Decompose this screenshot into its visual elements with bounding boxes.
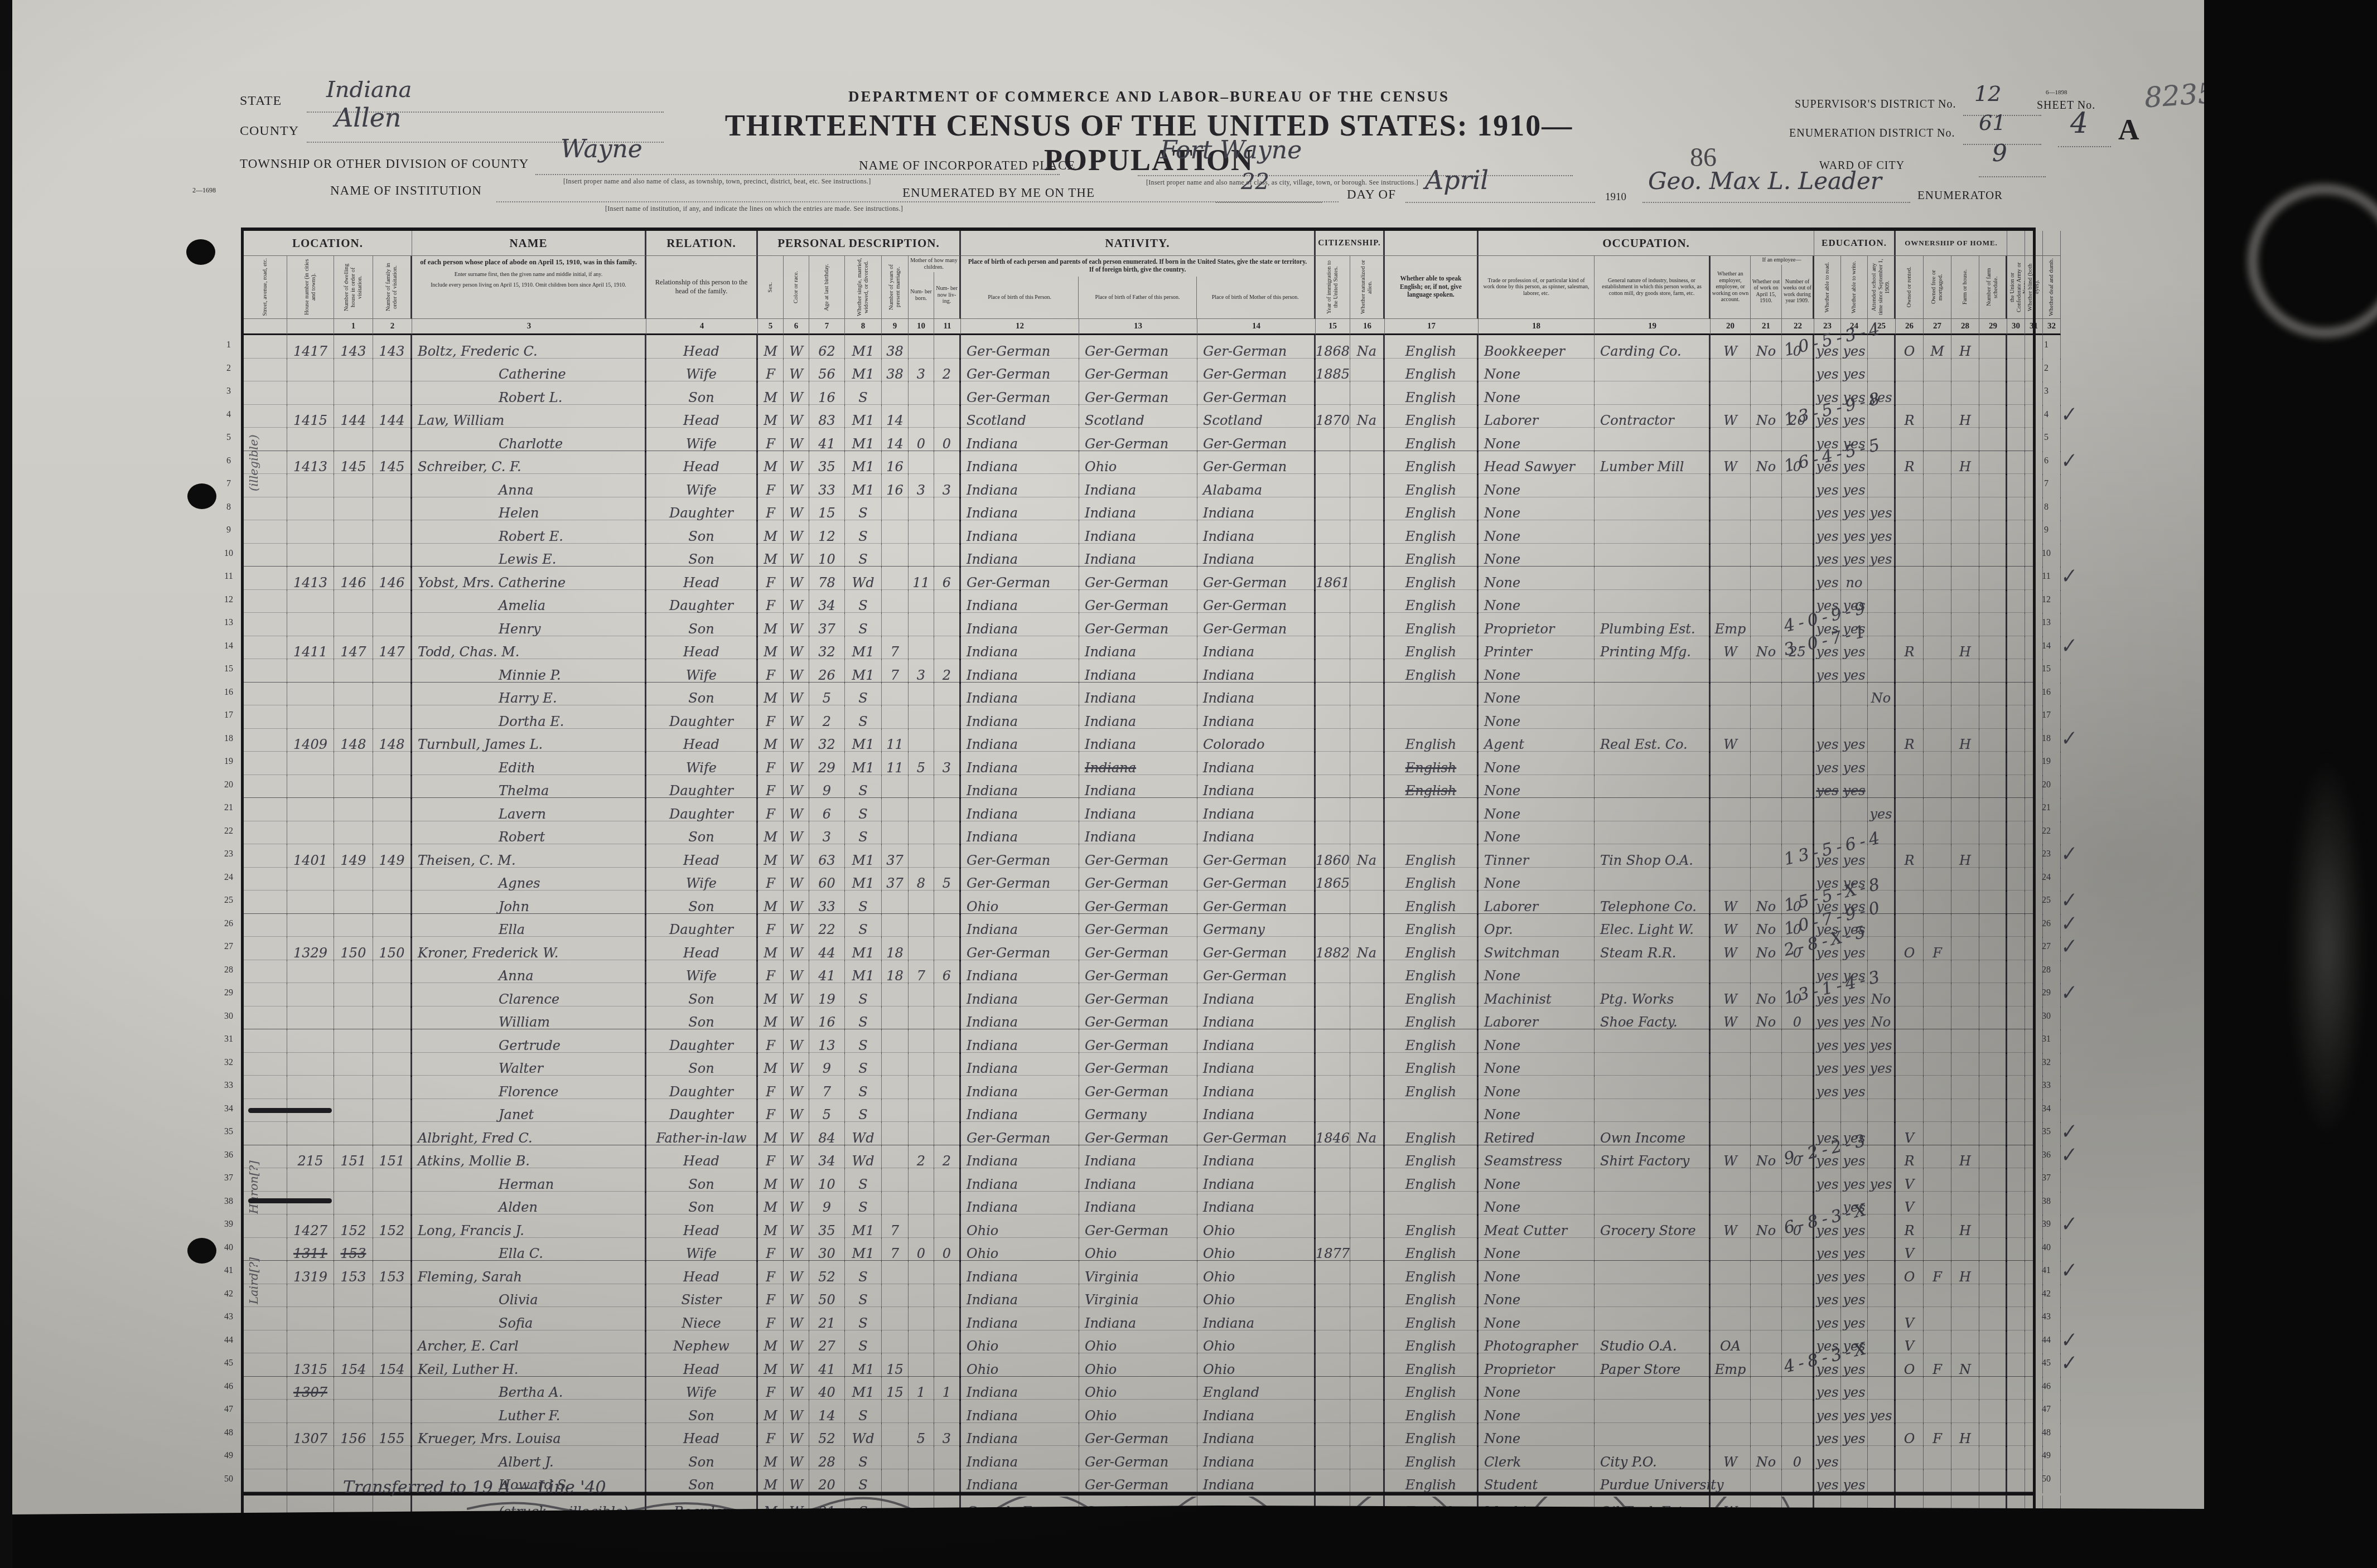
cell-industry <box>1595 659 1711 684</box>
cell-children-born <box>909 1284 934 1309</box>
line-number-left: 44 <box>219 1335 239 1346</box>
cell-occupation: None <box>1479 474 1595 499</box>
cell-dwelling-number <box>334 659 373 684</box>
cell-naturalized <box>1350 1076 1385 1100</box>
line-number-left: 46 <box>219 1382 239 1392</box>
cell-sex: M <box>758 1214 784 1239</box>
cell-age: 63 <box>809 844 845 869</box>
cell-children-born <box>909 1168 934 1193</box>
cell-civil-war-veteran <box>2007 544 2025 568</box>
table-row: 1311153Ella C.WifeFW30M1700OhioOhioOhio1… <box>244 1238 2033 1261</box>
cell-occupation: None <box>1479 775 1595 800</box>
cell-street <box>244 752 287 776</box>
cell-speaks-english: English <box>1385 1307 1479 1332</box>
cell-years-married <box>882 1400 909 1424</box>
margin-check-mark: ✓ <box>2058 633 2078 658</box>
cell-street <box>244 613 287 637</box>
cell-industry <box>1595 567 1711 591</box>
ward-label: WARD OF CITY <box>1819 159 1905 172</box>
cell-birthplace: Indiana <box>961 590 1079 614</box>
cell-family-number <box>373 1307 412 1332</box>
cell-dwelling-number <box>334 359 373 383</box>
cell-house-number <box>287 1122 334 1146</box>
cell-relation: Head <box>646 844 758 869</box>
cell-house-number <box>287 359 334 383</box>
write-column-label: Whether able to write. <box>1851 259 1858 315</box>
cell-age: 19 <box>809 983 845 1008</box>
cell-street <box>244 520 287 545</box>
cell-employer-class <box>1711 659 1751 684</box>
cell-name: Florence <box>412 1076 646 1100</box>
cell-age: 30 <box>809 1238 845 1262</box>
cell-street <box>244 1006 287 1031</box>
cell-marital-status: S <box>845 891 882 915</box>
table-row: 1417143143Boltz, Frederic C.HeadMW62M138… <box>244 335 2033 359</box>
cell-birthplace: Indiana <box>961 1168 1079 1193</box>
cell-family-number <box>373 359 412 383</box>
cell-marital-status: S <box>845 1192 882 1216</box>
line-number-left: 4 <box>219 410 239 420</box>
table-row: Luther F.SonMW14SIndianaOhioIndianaEngli… <box>244 1400 2033 1423</box>
cell-speaks-english: English <box>1385 1053 1479 1077</box>
cell-mother-birthplace: Ger-German <box>1197 844 1316 869</box>
cell-attended-school <box>1868 359 1896 383</box>
cell-children-born <box>909 1261 934 1285</box>
cell-children-living <box>934 705 961 730</box>
cell-immigration-year <box>1316 683 1350 707</box>
cell-owned-rented: R <box>1896 1145 1924 1170</box>
cell-relation: Son <box>646 520 758 545</box>
cell-family-number <box>373 683 412 707</box>
cell-street <box>244 729 287 753</box>
cell-attended-school <box>1868 567 1896 591</box>
cell-immigration-year <box>1316 752 1350 776</box>
institution-hint: [Insert name of institution, if any, and… <box>605 205 1219 213</box>
cell-sex: F <box>758 590 784 614</box>
cell-dwelling-number: 147 <box>334 636 373 661</box>
cell-farm-house: H <box>1951 1214 1979 1239</box>
cell-name: Archer, E. Carl <box>412 1330 646 1355</box>
cell-reads <box>1814 683 1841 707</box>
cell-age: 32 <box>809 729 845 753</box>
cell-dwelling-number <box>334 613 373 637</box>
table-row: Albright, Fred C.Father-in-lawMW84WdGer-… <box>244 1122 2033 1145</box>
cell-employer-class: W <box>1711 451 1751 476</box>
cell-mother-birthplace: Ger-German <box>1197 335 1316 360</box>
cell-dwelling-number <box>334 1330 373 1355</box>
cell-house-number: 1417 <box>287 335 334 360</box>
cell-farm-schedule <box>1979 1469 2007 1494</box>
cell-color-race: W <box>784 381 809 406</box>
sheet-value: 4 <box>2070 107 2088 139</box>
cell-owned-rented: O <box>1896 335 1924 360</box>
line-number-left: 5 <box>219 433 239 443</box>
cell-owned-rented: V <box>1896 1122 1924 1146</box>
cell-weeks-out-of-work <box>1782 359 1814 383</box>
cell-children-born <box>909 544 934 568</box>
cell-industry <box>1595 1238 1711 1262</box>
cell-free-mortgaged <box>1924 914 1951 938</box>
cell-free-mortgaged <box>1924 1330 1951 1355</box>
cell-weeks-out-of-work <box>1782 1469 1814 1494</box>
cell-speaks-english <box>1385 1099 1479 1124</box>
line-number-right: 27 <box>2036 942 2056 952</box>
cell-years-married <box>882 497 909 522</box>
cell-marital-status: M1 <box>845 428 882 452</box>
cell-birthplace: Ger-German <box>961 381 1079 406</box>
cell-name: Bertha A. <box>412 1377 646 1401</box>
scan-bottom-edge <box>12 1506 2204 1568</box>
cell-occupation: Seamstress <box>1479 1145 1595 1170</box>
cell-employer-class <box>1711 683 1751 707</box>
cell-farm-schedule <box>1979 1076 2007 1100</box>
sheet-rule <box>2058 146 2111 147</box>
cell-out-of-work <box>1751 659 1782 684</box>
cell-family-number <box>373 983 412 1008</box>
deaf-column-label: Whether deaf and dumb. <box>2048 257 2056 318</box>
cell-owned-rented <box>1896 983 1924 1008</box>
cell-relation: Sister <box>646 1284 758 1309</box>
cell-attended-school <box>1868 474 1896 499</box>
cell-farm-house <box>1951 775 1979 800</box>
children-born-label: Num- ber born. <box>909 272 934 318</box>
table-row: JanetDaughterFW5SIndianaGermanyIndianaNo… <box>244 1099 2033 1122</box>
cell-marital-status: S <box>845 381 882 406</box>
cell-industry: Plumbing Est. <box>1595 613 1711 637</box>
cell-industry <box>1595 752 1711 776</box>
column-number: 2 <box>373 319 412 335</box>
cell-industry: Lumber Mill <box>1595 451 1711 476</box>
cell-family-number: 153 <box>373 1261 412 1285</box>
cell-marital-status: Wd <box>845 567 882 591</box>
cell-sex: F <box>758 1307 784 1332</box>
cell-civil-war-veteran <box>2007 474 2025 499</box>
cell-writes: no <box>1841 567 1868 591</box>
cell-color-race: W <box>784 1307 809 1332</box>
cell-out-of-work: No <box>1751 1214 1782 1239</box>
cell-speaks-english: English <box>1385 1238 1479 1262</box>
cell-family-number <box>373 798 412 822</box>
line-number-left: 1 <box>219 340 239 350</box>
cell-attended-school <box>1868 1469 1896 1494</box>
cell-family-number <box>373 1076 412 1100</box>
cell-free-mortgaged <box>1924 1238 1951 1262</box>
cell-relation: Son <box>646 1469 758 1494</box>
cell-immigration-year <box>1316 1192 1350 1216</box>
cell-age: 21 <box>809 1307 845 1332</box>
cell-years-married <box>882 1168 909 1193</box>
cell-reads: yes <box>1814 1446 1841 1470</box>
family-column-label: Number of family in order of visitation. <box>385 256 399 318</box>
cell-relation: Head <box>646 405 758 429</box>
cell-relation: Son <box>646 983 758 1008</box>
table-row: AldenSonMW9SIndianaIndianaIndianaNoneyes… <box>244 1192 2033 1215</box>
cell-family-number <box>373 474 412 499</box>
cell-speaks-english: English <box>1385 983 1479 1008</box>
cell-father-birthplace: Ger-German <box>1079 914 1197 938</box>
cell-writes <box>1841 1446 1868 1470</box>
cell-farm-schedule <box>1979 960 2007 985</box>
cell-mother-birthplace: Indiana <box>1197 752 1316 776</box>
cell-naturalized <box>1350 1238 1385 1262</box>
cell-color-race: W <box>784 1099 809 1124</box>
column-number: 1 <box>334 319 373 335</box>
cell-free-mortgaged <box>1924 428 1951 452</box>
cell-years-married: 7 <box>882 636 909 661</box>
cell-writes: yes <box>1841 1307 1868 1332</box>
cell-father-birthplace: Ohio <box>1079 451 1197 476</box>
cell-children-living <box>934 729 961 753</box>
cell-farm-schedule <box>1979 520 2007 545</box>
cell-industry: Studio O.A. <box>1595 1330 1711 1355</box>
line-number-right: 38 <box>2036 1197 2056 1207</box>
cell-sex: M <box>758 891 784 915</box>
county-label: COUNTY <box>240 124 299 139</box>
cell-relation: Daughter <box>646 1029 758 1054</box>
cell-house-number <box>287 683 334 707</box>
line-number-left: 32 <box>219 1058 239 1068</box>
cell-age: 10 <box>809 544 845 568</box>
cell-naturalized <box>1350 1006 1385 1031</box>
cell-civil-war-veteran <box>2007 1145 2025 1170</box>
cell-out-of-work <box>1751 1076 1782 1100</box>
cell-relation: Head <box>646 937 758 961</box>
cell-occupation: None <box>1479 567 1595 591</box>
line-number-left: 10 <box>219 549 239 559</box>
cell-children-living <box>934 1122 961 1146</box>
cell-children-born: 11 <box>909 567 934 591</box>
ink-dash-artifact <box>248 1108 332 1113</box>
cell-farm-schedule <box>1979 1053 2007 1077</box>
cell-relation: Head <box>646 1261 758 1285</box>
line-number-right: 12 <box>2036 595 2056 605</box>
schedule-column-label: Number of farm schedule. <box>1985 256 2000 318</box>
cell-name: Law, William <box>412 405 646 429</box>
cell-color-race: W <box>784 1122 809 1146</box>
margin-check-mark: ✓ <box>2058 1120 2078 1144</box>
cell-naturalized <box>1350 891 1385 915</box>
cell-speaks-english: English <box>1385 1400 1479 1424</box>
cell-street <box>244 335 287 360</box>
cell-name: Dortha E. <box>412 705 646 730</box>
cell-farm-house: H <box>1951 636 1979 661</box>
cell-name: Long, Francis J. <box>412 1214 646 1239</box>
cell-family-number: 147 <box>373 636 412 661</box>
cell-children-born <box>909 1307 934 1332</box>
table-row: ClarenceSonMW19SIndianaGer-GermanIndiana… <box>244 983 2033 1006</box>
cell-house-number <box>287 868 334 892</box>
cell-color-race: W <box>784 1353 809 1378</box>
cell-dwelling-number <box>334 798 373 822</box>
cell-children-living <box>934 613 961 637</box>
cell-out-of-work <box>1751 1099 1782 1124</box>
cell-children-living <box>934 405 961 429</box>
cell-dwelling-number <box>334 1284 373 1309</box>
cell-speaks-english: English <box>1385 544 1479 568</box>
cell-immigration-year: 1846 <box>1316 1122 1350 1146</box>
line-number-left: 22 <box>219 826 239 836</box>
cell-farm-house <box>1951 1469 1979 1494</box>
cell-farm-schedule <box>1979 567 2007 591</box>
cell-sex: M <box>758 821 784 846</box>
cell-farm-house: H <box>1951 1423 1979 1448</box>
cell-naturalized <box>1350 1469 1385 1494</box>
cell-children-living: 3 <box>934 752 961 776</box>
cell-relation: Wife <box>646 659 758 684</box>
cell-free-mortgaged <box>1924 983 1951 1008</box>
cell-relation: Nephew <box>646 1330 758 1355</box>
cell-name: Clarence <box>412 983 646 1008</box>
cell-mother-birthplace: Ger-German <box>1197 567 1316 591</box>
cell-out-of-work <box>1751 520 1782 545</box>
cell-mother-birthplace: Indiana <box>1197 1029 1316 1054</box>
cell-naturalized <box>1350 520 1385 545</box>
cell-children-living <box>934 1006 961 1031</box>
cell-marital-status: S <box>845 1446 882 1470</box>
cell-relation: Niece <box>646 1307 758 1332</box>
cell-birthplace: Indiana <box>961 1053 1079 1077</box>
cell-speaks-english: English <box>1385 659 1479 684</box>
township-value: Wayne <box>561 135 642 163</box>
cell-age: 37 <box>809 613 845 637</box>
cell-speaks-english: English <box>1385 381 1479 406</box>
cell-attended-school: yes <box>1868 1400 1896 1424</box>
cell-mother-birthplace: Ohio <box>1197 1330 1316 1355</box>
line-number-right: 8 <box>2036 502 2056 512</box>
cell-industry <box>1595 705 1711 730</box>
cell-house-number <box>287 1469 334 1494</box>
cell-relation: Daughter <box>646 1076 758 1100</box>
table-row: RobertSonMW3SIndianaIndianaIndianaNone22… <box>244 821 2033 845</box>
table-row: 1315154154Keil, Luther H.HeadMW41M115Ohi… <box>244 1353 2033 1377</box>
cell-color-race: W <box>784 891 809 915</box>
cell-speaks-english: English <box>1385 474 1479 499</box>
cell-marital-status: S <box>845 1261 882 1285</box>
cell-employer-class: W <box>1711 891 1751 915</box>
cell-civil-war-veteran <box>2007 683 2025 707</box>
cell-weeks-out-of-work <box>1782 1307 1814 1332</box>
cell-sex: F <box>758 868 784 892</box>
cell-out-of-work <box>1751 1330 1782 1355</box>
cell-free-mortgaged <box>1924 636 1951 661</box>
cell-reads: yes <box>1814 752 1841 776</box>
cell-age: 33 <box>809 891 845 915</box>
cell-occupation: None <box>1479 520 1595 545</box>
cell-farm-schedule <box>1979 1122 2007 1146</box>
line-number-left: 2 <box>219 364 239 374</box>
column-number: 31 <box>2025 319 2043 335</box>
cell-writes: yes <box>1841 1029 1868 1054</box>
agency-line: DEPARTMENT OF COMMERCE AND LABOR–BUREAU … <box>725 88 1573 105</box>
cell-writes: yes <box>1841 1238 1868 1262</box>
cell-owned-rented <box>1896 891 1924 915</box>
cell-reads: yes <box>1814 1076 1841 1100</box>
cell-family-number <box>373 497 412 522</box>
citizenship-group-title: CITIZENSHIP. <box>1316 231 1385 256</box>
cell-years-married: 38 <box>882 335 909 360</box>
cell-out-of-work <box>1751 775 1782 800</box>
cell-father-birthplace: Ger-German <box>1079 567 1197 591</box>
cell-relation: Son <box>646 1400 758 1424</box>
cell-owned-rented <box>1896 1053 1924 1077</box>
cell-house-number <box>287 1446 334 1470</box>
cell-immigration-year: 1870 <box>1316 405 1350 429</box>
cell-years-married <box>882 705 909 730</box>
cell-weeks-out-of-work <box>1782 428 1814 452</box>
cell-name: Edith <box>412 752 646 776</box>
cell-farm-schedule <box>1979 1377 2007 1401</box>
cell-father-birthplace: Indiana <box>1079 821 1197 846</box>
bp-father-label: Place of birth of Father of this person. <box>1079 277 1196 318</box>
cell-father-birthplace: Ger-German <box>1079 428 1197 452</box>
cell-sex: F <box>758 1423 784 1448</box>
supervisor-district-label: SUPERVISOR'S DISTRICT No. <box>1795 98 1956 111</box>
cell-attended-school: yes <box>1868 1029 1896 1054</box>
cell-owned-rented <box>1896 613 1924 637</box>
cell-family-number <box>373 1377 412 1401</box>
cell-out-of-work <box>1751 960 1782 985</box>
cell-speaks-english: English <box>1385 428 1479 452</box>
cell-weeks-out-of-work <box>1782 659 1814 684</box>
cell-marital-status: M1 <box>845 405 882 429</box>
cell-occupation: None <box>1479 1284 1595 1309</box>
cell-children-born: 8 <box>909 868 934 892</box>
cell-civil-war-veteran <box>2007 1168 2025 1193</box>
column-number: 21 <box>1751 319 1782 335</box>
cell-father-birthplace: Ohio <box>1079 1238 1197 1262</box>
cell-dwelling-number <box>334 1099 373 1124</box>
table-row: JohnSonMW33SOhioGer-GermanGer-GermanEngl… <box>244 891 2033 914</box>
cell-years-married: 38 <box>882 359 909 383</box>
cell-dwelling-number <box>334 1076 373 1100</box>
cell-children-born <box>909 775 934 800</box>
cell-color-race: W <box>784 914 809 938</box>
cell-immigration-year <box>1316 1446 1350 1470</box>
cell-color-race: W <box>784 428 809 452</box>
cell-age: 40 <box>809 1377 845 1401</box>
cell-naturalized <box>1350 729 1385 753</box>
cell-owned-rented <box>1896 381 1924 406</box>
cell-age: 56 <box>809 359 845 383</box>
cell-speaks-english: English <box>1385 1423 1479 1448</box>
cell-marital-status: S <box>845 1307 882 1332</box>
cell-industry <box>1595 1261 1711 1285</box>
cell-father-birthplace: Indiana <box>1079 752 1197 776</box>
cell-free-mortgaged <box>1924 729 1951 753</box>
cell-writes: yes <box>1841 752 1868 776</box>
table-row: HermanSonMW10SIndianaIndianaIndianaEngli… <box>244 1168 2033 1192</box>
cell-street <box>244 798 287 822</box>
dwelling-column-label: Number of dwelling house in order of vis… <box>343 256 364 318</box>
cell-marital-status: M1 <box>845 335 882 360</box>
line-number-left: 3 <box>219 386 239 396</box>
cell-out-of-work <box>1751 474 1782 499</box>
cell-farm-house <box>1951 1122 1979 1146</box>
cell-years-married <box>882 567 909 591</box>
cell-naturalized <box>1350 821 1385 846</box>
cell-attended-school <box>1868 1122 1896 1146</box>
cell-relation: Head <box>646 729 758 753</box>
cell-industry <box>1595 1423 1711 1448</box>
cell-street <box>244 659 287 684</box>
cell-owned-rented <box>1896 1284 1924 1309</box>
cell-mother-birthplace: Ohio <box>1197 1353 1316 1378</box>
line-number-left: 23 <box>219 849 239 859</box>
cell-sex: F <box>758 705 784 730</box>
cell-house-number <box>287 983 334 1008</box>
cell-employer-class: W <box>1711 1145 1751 1170</box>
cell-free-mortgaged <box>1924 844 1951 869</box>
